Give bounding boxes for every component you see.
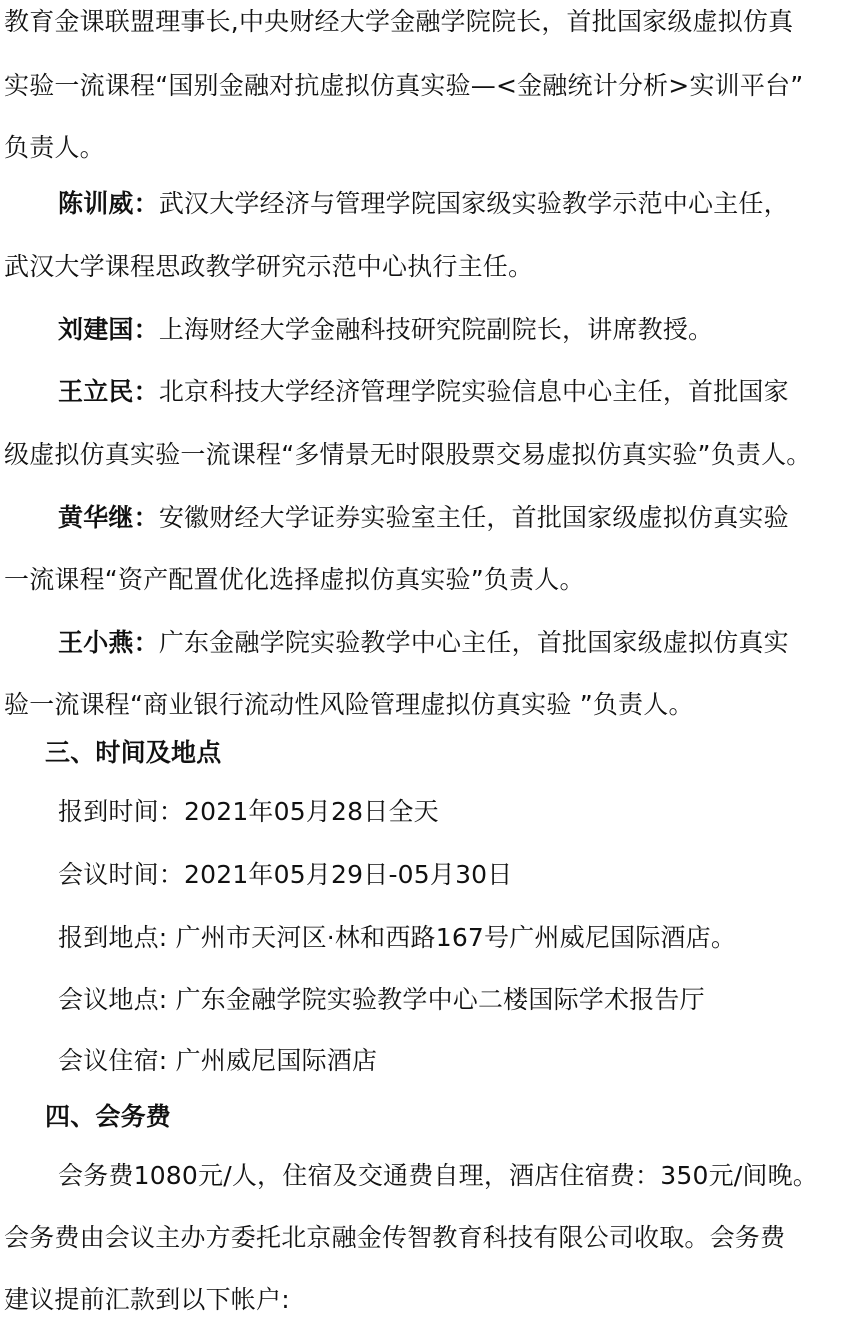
expert-entry: 陈训威：武汉大学经济与管理学院国家级实验教学示范中心主任， (58, 184, 789, 224)
expert-entry: 黄华继：安徽财经大学证券实验室主任，首批国家级虚拟仿真实验 (58, 498, 789, 538)
intro-line: 负责人。 (4, 128, 105, 168)
intro-line: 实验一流课程“国别金融对抗虚拟仿真实验—<金融统计分析>实训平台” (4, 66, 803, 106)
info-item-meeting-location: 会议地点: 广东金融学院实验教学中心二楼国际学术报告厅 (58, 980, 705, 1020)
expert-description-continued: 级虚拟仿真实验一流课程“多情景无时限股票交易虚拟仿真实验”负责人。 (4, 435, 812, 475)
expert-entry: 刘建国：上海财经大学金融科技研究院副院长，讲席教授。 (58, 310, 713, 350)
intro-line: 教育金课联盟理事长,中央财经大学金融学院院长，首批国家级虚拟仿真 (4, 2, 793, 42)
expert-name: 黄华继： (58, 503, 159, 532)
expert-entry: 王立民：北京科技大学经济管理学院实验信息中心主任，首批国家 (58, 372, 789, 412)
info-item-registration-location: 报到地点: 广州市天河区·林和西路167号广州威尼国际酒店。 (58, 918, 736, 958)
expert-name: 王小燕： (58, 628, 159, 657)
expert-description: 武汉大学经济与管理学院国家级实验教学示范中心主任， (159, 189, 789, 218)
expert-name: 陈训威： (58, 189, 159, 218)
info-item-meeting-time: 会议时间：2021年05月29日-05月30日 (58, 855, 513, 895)
expert-name: 刘建国： (58, 315, 159, 344)
info-item-registration-time: 报到时间：2021年05月28日全天 (58, 792, 439, 832)
expert-entry: 王小燕：广东金融学院实验教学中心主任，首批国家级虚拟仿真实 (58, 623, 789, 663)
section-heading-fees: 四、会务费 (45, 1097, 171, 1137)
fee-paragraph-line: 建议提前汇款到以下帐户: (4, 1280, 290, 1320)
expert-description-continued: 武汉大学课程思政教学研究示范中心执行主任。 (4, 247, 533, 287)
fee-paragraph-line: 会务费1080元/人，住宿及交通费自理，酒店住宿费：350元/间晚。 (58, 1156, 818, 1196)
section-heading-time-location: 三、时间及地点 (45, 733, 221, 773)
fee-paragraph-line: 会务费由会议主办方委托北京融金传智教育科技有限公司收取。会务费 (4, 1218, 785, 1258)
expert-name: 王立民： (58, 377, 159, 406)
expert-description: 上海财经大学金融科技研究院副院长，讲席教授。 (159, 315, 713, 344)
expert-description-continued: 验一流课程“商业银行流动性风险管理虚拟仿真实验 ”负责人。 (4, 685, 694, 725)
info-item-accommodation: 会议住宿: 广州威尼国际酒店 (58, 1041, 377, 1081)
expert-description: 北京科技大学经济管理学院实验信息中心主任，首批国家 (159, 377, 789, 406)
expert-description: 安徽财经大学证券实验室主任，首批国家级虚拟仿真实验 (159, 503, 789, 532)
expert-description-continued: 一流课程“资产配置优化选择虚拟仿真实验”负责人。 (4, 560, 585, 600)
expert-description: 广东金融学院实验教学中心主任，首批国家级虚拟仿真实 (159, 628, 789, 657)
